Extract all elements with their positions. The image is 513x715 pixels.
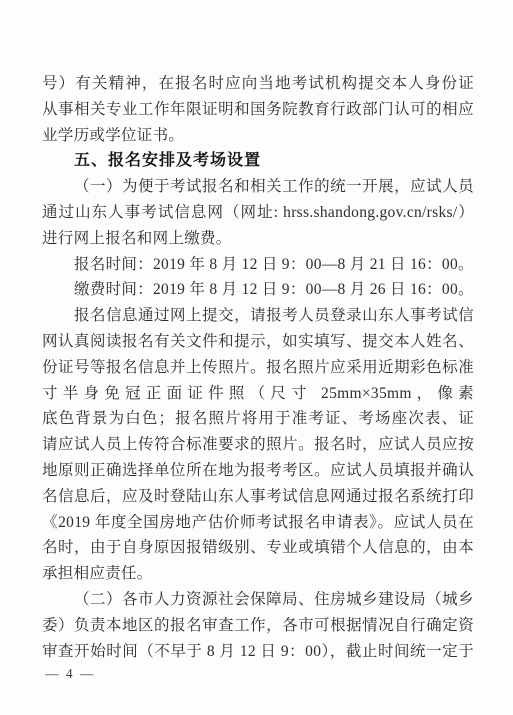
text-line: 承担相应责任。 — [42, 561, 474, 587]
payment-time-line: 缴费时间：2019 年 8 月 12 日 9：00—8 月 26 日 16：00… — [42, 277, 474, 303]
text-line: 审查开始时间（不早于 8 月 12 日 9：00），截止时间统一定于 8 — [42, 639, 474, 665]
text-line: 报名信息通过网上提交，请报考人员登录山东人事考试信息 — [42, 303, 474, 329]
text-line: 名时，由于自身原因报错级别、专业或填错个人信息的，由本人 — [42, 535, 474, 561]
text-line: 进行网上报名和网上缴费。 — [42, 226, 474, 252]
text-line: 号）有关精神，在报名时应向当地考试机构提交本人身份证明、 — [42, 71, 474, 97]
text-line: 业学历或学位证书。 — [42, 123, 474, 149]
text-line: 地原则正确选择单位所在地为报考考区。应试人员填报并确认报 — [42, 458, 474, 484]
text-line: 《2019 年度全国房地产估价师考试报名申请表》。应试人员在报 — [42, 510, 474, 536]
text-line: 从事相关专业工作年限证明和国务院教育行政部门认可的相应专 — [42, 97, 474, 123]
text-line: 底色背景为白色；报名照片将用于准考证、考场座次表、证书， — [42, 406, 474, 432]
text-line: 委）负责本地区的报名审查工作，各市可根据情况自行确定资格 — [42, 613, 474, 639]
text-line: 名信息后，应及时登陆山东人事考试信息网通过报名系统打印 — [42, 484, 474, 510]
text-line-website-url: 通过山东人事考试信息网（网址: hrss.shandong.gov.cn/rsk… — [42, 200, 474, 226]
text-line: 份证号等报名信息并上传照片。报名照片应采用近期彩色标准 1 — [42, 355, 474, 381]
text-line: （一）为便于考试报名和相关工作的统一开展，应试人员须 — [42, 174, 474, 200]
document-page: 号）有关精神，在报名时应向当地考试机构提交本人身份证明、 从事相关专业工作年限证… — [0, 0, 513, 715]
registration-time-line: 报名时间：2019 年 8 月 12 日 9：00—8 月 21 日 16：00… — [42, 252, 474, 278]
text-line: （二）各市人力资源社会保障局、住房城乡建设局（城乡建 — [42, 587, 474, 613]
text-line: 网认真阅读报名有关文件和提示，如实填写、提交本人姓名、身 — [42, 329, 474, 355]
text-line: 请应试人员上传符合标准要求的照片。报名时，应试人员应按属 — [42, 432, 474, 458]
text-line-photo-specs: 寸半身免冠正面证件照（尺寸 25mm×35mm，像素 295px×413px）， — [42, 381, 474, 407]
section-heading: 五、报名安排及考场设置 — [42, 148, 474, 174]
page-number: — 4 — — [42, 666, 474, 682]
